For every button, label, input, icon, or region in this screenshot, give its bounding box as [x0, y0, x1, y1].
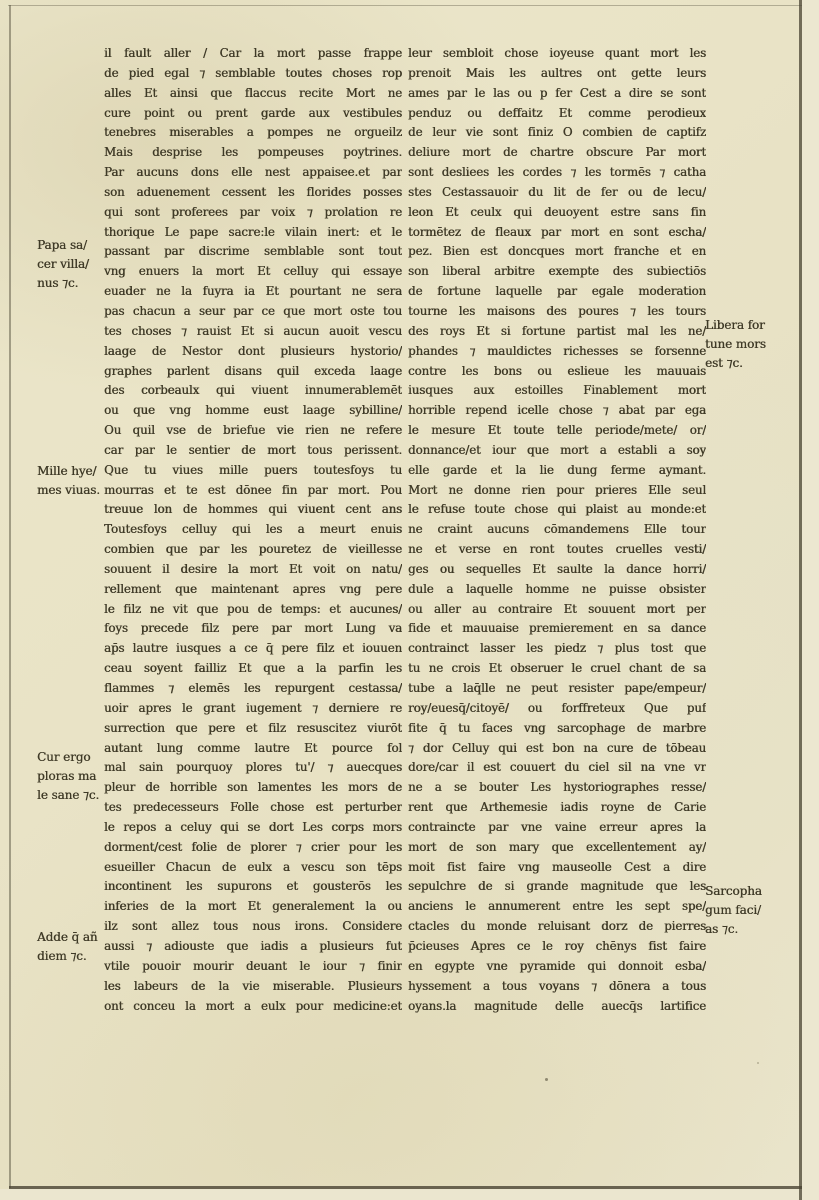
margin-note: Cur ergoploras male sane ⁊c. [37, 748, 129, 805]
foxing-speck [545, 1078, 548, 1081]
text-column-left: il fault aller / Car la mort passe frapp… [104, 44, 402, 1016]
page-edge-top [8, 5, 803, 6]
page-edge-left [9, 5, 11, 1188]
text-line: contrainct lasser les piedz ⁊ plus tost … [408, 639, 706, 659]
text-line: hyssement a tous voyans ⁊ dōnera a tous [408, 977, 706, 997]
text-line: thorique Le pape sacre:le vilain inert: … [104, 223, 402, 243]
margin-note-line: est ⁊c. [705, 354, 797, 373]
text-line: oyans.la magnitude delle auecq̄s lartifi… [408, 997, 706, 1017]
text-line: le mesure Et toute telle periode/mete/ o… [408, 421, 706, 441]
text-line: fide et mauuaise premierement en sa danc… [408, 619, 706, 639]
text-line: ne a se bouter Les hystoriographes resse… [408, 778, 706, 798]
text-line: pas chacun a seur par ce que mort oste t… [104, 302, 402, 322]
page-edge-bottom [9, 1186, 802, 1189]
margin-note: Adde q̄ añdiem ⁊c. [37, 928, 129, 966]
text-line: mort de son mary que excellentement ay/ [408, 838, 706, 858]
text-line: tormētez de fleaux par mort en sont esch… [408, 223, 706, 243]
text-line: stes Cestassauoir du lit de fer ou de le… [408, 183, 706, 203]
text-line: souuent il desire la mort Et voit on nat… [104, 560, 402, 580]
text-line: Mais desprise les pompeuses poytrines. [104, 143, 402, 163]
text-line: ges ou sequelles Et saulte la dance horr… [408, 560, 706, 580]
text-line: il fault aller / Car la mort passe frapp… [104, 44, 402, 64]
foxing-speck [757, 1062, 759, 1064]
text-line: ames par le las ou p fer Cest a dire se … [408, 84, 706, 104]
text-line: penduz ou deffaitz Et comme perodieux [408, 104, 706, 124]
text-line: leur sembloit chose ioyeuse quant mort l… [408, 44, 706, 64]
text-line: elle garde et la lie dung ferme aymant. [408, 461, 706, 481]
margin-note-line: diem ⁊c. [37, 947, 129, 966]
text-line: ne craint aucuns cōmandemens Elle tour [408, 520, 706, 540]
text-line: ap̄s lautre iusques a ce q̄ pere filz et… [104, 639, 402, 659]
margin-note-line: mes viuas. [37, 481, 129, 500]
margin-note-line: Papa sa/ [37, 236, 129, 255]
text-line: tes predecesseurs Folle chose est pertur… [104, 798, 402, 818]
text-line: rellement que maintenant apres vng pere [104, 580, 402, 600]
text-line: roy/euesq̄/citoyē/ ou forffreteux Que pu… [408, 699, 706, 719]
text-line: son liberal arbitre exempte des subiecti… [408, 262, 706, 282]
text-line: qui sont proferees par voix ⁊ prolation … [104, 203, 402, 223]
text-line: iusques aux estoilles Finablement mort [408, 381, 706, 401]
text-line: inferies de la mort Et generalement la o… [104, 897, 402, 917]
text-line: de fortune laquelle par egale moderation [408, 282, 706, 302]
text-line: le refuse toute chose qui plaist au mond… [408, 500, 706, 520]
text-line: les labeurs de la vie miserable. Plusieu… [104, 977, 402, 997]
text-line: sont desliees les cordes ⁊ les tormēs ⁊ … [408, 163, 706, 183]
text-line: p̄cieuses Apres ce le roy chēnys fist fa… [408, 937, 706, 957]
text-line: esueiller Chacun de eulx a vescu son tēp… [104, 858, 402, 878]
margin-note: Sarcophagum faci/as ⁊c. [705, 882, 797, 939]
text-line: moit fist faire vng mauseolle Cest a dir… [408, 858, 706, 878]
text-line: autant lung comme lautre Et pource fol [104, 739, 402, 759]
text-line: aussi ⁊ adiouste que iadis a plusieurs f… [104, 937, 402, 957]
text-line: incontinent les supurons et gousterōs le… [104, 877, 402, 897]
text-line: des roys Et si fortune partist mal les n… [408, 322, 706, 342]
page-edge-right [799, 0, 802, 1200]
text-line: contraincte par vne vaine erreur apres l… [408, 818, 706, 838]
text-line: le filz ne vit que pou de temps: et aucu… [104, 600, 402, 620]
text-line: flammes ⁊ elemēs les repurgent cestassa/ [104, 679, 402, 699]
text-line: tourne les maisons des poures ⁊ les tour… [408, 302, 706, 322]
text-line: passant par discrime semblable sont tout [104, 242, 402, 262]
paper-margin-bottom [0, 1189, 802, 1200]
text-line: graphes parlent disans quil exceda laage [104, 362, 402, 382]
text-line: ctacles du monde reluisant dorz de pierr… [408, 917, 706, 937]
margin-note-line: Libera for [705, 316, 797, 335]
text-line: ont conceu la mort a eulx pour medicine:… [104, 997, 402, 1017]
text-line: tes choses ⁊ rauist Et si aucun auoit ve… [104, 322, 402, 342]
text-line: dorment/cest folie de plorer ⁊ crier pou… [104, 838, 402, 858]
text-line: mal sain pourquoy plores tu'/ ⁊ auecques [104, 758, 402, 778]
text-column-right: leur sembloit chose ioyeuse quant mort l… [408, 44, 706, 1016]
text-line: contre les bons ou eslieue les mauuais [408, 362, 706, 382]
text-line: pez. Bien est doncques mort franche et e… [408, 242, 706, 262]
text-line: Par aucuns dons elle nest appaisee.et pa… [104, 163, 402, 183]
text-line: tu ne crois Et obseruer le cruel chant d… [408, 659, 706, 679]
text-line: surrection que pere et filz resuscitez v… [104, 719, 402, 739]
margin-note-line: nus ⁊c. [37, 274, 129, 293]
margin-note-line: le sane ⁊c. [37, 786, 129, 805]
text-line: uoir apres le grant iugement ⁊ derniere … [104, 699, 402, 719]
text-line: en egypte vne pyramide qui donnoit esba/ [408, 957, 706, 977]
text-line: donnance/et iour que mort a establi a so… [408, 441, 706, 461]
margin-note: Libera fortune morsest ⁊c. [705, 316, 797, 373]
text-line: Mort ne donne rien pour prieres Elle seu… [408, 481, 706, 501]
margin-note-line: ploras ma [37, 767, 129, 786]
text-line: ⁊ dor Celluy qui est bon na cure de tōbe… [408, 739, 706, 759]
text-line: fite q̄ tu faces vng sarcophage de marbr… [408, 719, 706, 739]
text-line: dore/car il est couuert du ciel sil na v… [408, 758, 706, 778]
text-line: mourras et te est dōnee fin par mort. Po… [104, 481, 402, 501]
margin-note: Mille hye/mes viuas. [37, 462, 129, 500]
book-page-scan: il fault aller / Car la mort passe frapp… [0, 0, 819, 1200]
text-line: phandes ⁊ mauldictes richesses se forsen… [408, 342, 706, 362]
text-line: combien que par les pouretez de vieilles… [104, 540, 402, 560]
text-line: horrible repend icelle chose ⁊ abat par … [408, 401, 706, 421]
text-line: Ou quil vse de briefue vie rien ne refer… [104, 421, 402, 441]
text-line: rent que Arthemesie iadis royne de Carie [408, 798, 706, 818]
text-line: vtile pouoir mourir deuant le iour ⁊ fin… [104, 957, 402, 977]
text-line: ilz sont allez tous nous irons. Consider… [104, 917, 402, 937]
text-line: sepulchre de si grande magnitude que les [408, 877, 706, 897]
text-line: cure point ou prent garde aux vestibules [104, 104, 402, 124]
text-line: leon Et ceulx qui deuoyent estre sans fi… [408, 203, 706, 223]
margin-note-line: Sarcopha [705, 882, 797, 901]
text-line: le repos a celuy qui se dort Les corps m… [104, 818, 402, 838]
text-line: foys precede filz pere par mort Lung va [104, 619, 402, 639]
margin-note-line: tune mors [705, 335, 797, 354]
text-line: prenoit Mais les aultres ont gette leurs [408, 64, 706, 84]
text-line: de pied egal ⁊ semblable toutes choses r… [104, 64, 402, 84]
margin-note-line: Adde q̄ añ [37, 928, 129, 947]
text-line: ne et verse en ront toutes cruelles vest… [408, 540, 706, 560]
text-line: tube a laq̄lle ne peut resister pape/emp… [408, 679, 706, 699]
text-line: treuue lon de hommes qui viuent cent ans [104, 500, 402, 520]
margin-note-line: Cur ergo [37, 748, 129, 767]
margin-note-line: gum faci/ [705, 901, 797, 920]
margin-note-line: as ⁊c. [705, 920, 797, 939]
text-line: laage de Nestor dont plusieurs hystorio/ [104, 342, 402, 362]
text-line: ou aller au contraire Et souuent mort pe… [408, 600, 706, 620]
text-line: ou que vng homme eust laage sybilline/ [104, 401, 402, 421]
text-line: tenebres miserables a pompes ne orgueilz [104, 123, 402, 143]
text-line: Que tu viues mille puers toutesfoys tu [104, 461, 402, 481]
text-line: de leur vie sont finiz O combien de capt… [408, 123, 706, 143]
text-line: car par le sentier de mort tous perissen… [104, 441, 402, 461]
text-line: euader ne la fuyra ia Et pourtant ne ser… [104, 282, 402, 302]
text-line: dule a laquelle homme ne puisse obsister [408, 580, 706, 600]
text-line: des corbeaulx qui viuent innumerablemēt [104, 381, 402, 401]
paper-margin-right [802, 0, 819, 1200]
margin-note-line: cer villa/ [37, 255, 129, 274]
text-line: alles Et ainsi que flaccus recite Mort n… [104, 84, 402, 104]
margin-note: Papa sa/cer villa/nus ⁊c. [37, 236, 129, 293]
text-line: ceau soyent failliz Et que a la parfin l… [104, 659, 402, 679]
margin-note-line: Mille hye/ [37, 462, 129, 481]
text-line: vng enuers la mort Et celluy qui essaye [104, 262, 402, 282]
text-line: anciens le annumerent entre les sept spe… [408, 897, 706, 917]
text-line: pleur de horrible son lamentes les mors … [104, 778, 402, 798]
text-line: deliure mort de chartre obscure Par mort [408, 143, 706, 163]
text-line: Toutesfoys celluy qui les a meurt enuis [104, 520, 402, 540]
text-line: son aduenement cessent les florides poss… [104, 183, 402, 203]
